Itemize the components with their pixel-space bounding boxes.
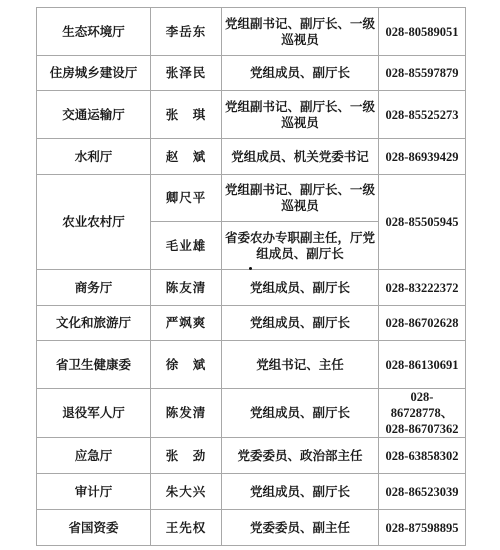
phone-cell: 028-86702628 — [379, 306, 466, 341]
position-cell: 党组成员、副厅长 — [222, 389, 379, 438]
table-row: 住房城乡建设厅 张泽民 党组成员、副厅长 028-85597879 — [37, 56, 466, 91]
phone-cell: 028-85505945 — [379, 175, 466, 270]
table-row: 应急厅 张 劲 党委委员、政治部主任 028-63858302 — [37, 438, 466, 474]
dept-cell: 交通运输厅 — [37, 91, 151, 139]
position-cell: 党组成员、副厅长 — [222, 56, 379, 91]
table-row: 退役军人厅 陈发清 党组成员、副厅长 028-86728778、028-8670… — [37, 389, 466, 438]
name-cell: 徐 斌 — [151, 341, 222, 389]
phone-cell: 028-87598895 — [379, 510, 466, 546]
phone-cell: 028-86523039 — [379, 474, 466, 510]
phone-cell: 028-86728778、028-86707362 — [379, 389, 466, 438]
table-row: 交通运输厅 张 琪 党组副书记、副厅长、一级巡视员 028-85525273 — [37, 91, 466, 139]
position-cell: 党组副书记、副厅长、一级巡视员 — [222, 8, 379, 56]
table-row: 商务厅 陈友清 党组成员、副厅长 028-83222372 — [37, 270, 466, 306]
position-cell: 党委委员、政治部主任 — [222, 438, 379, 474]
position-cell: 党组成员、副厅长 — [222, 474, 379, 510]
name-cell: 赵 斌 — [151, 139, 222, 175]
table-row: 省卫生健康委 徐 斌 党组书记、主任 028-86130691 — [37, 341, 466, 389]
dept-cell: 审计厅 — [37, 474, 151, 510]
contact-table: 生态环境厅 李岳东 党组副书记、副厅长、一级巡视员 028-80589051 住… — [36, 7, 466, 546]
name-cell: 毛业雄 — [151, 222, 222, 270]
dept-cell: 住房城乡建设厅 — [37, 56, 151, 91]
phone-cell: 028-86130691 — [379, 341, 466, 389]
name-cell: 陈发清 — [151, 389, 222, 438]
phone-cell: 028-85597879 — [379, 56, 466, 91]
name-cell: 朱大兴 — [151, 474, 222, 510]
name-cell: 张 琪 — [151, 91, 222, 139]
name-cell: 卿尺平 — [151, 175, 222, 222]
dept-cell: 应急厅 — [37, 438, 151, 474]
phone-cell: 028-83222372 — [379, 270, 466, 306]
table-row: 农业农村厅 卿尺平 党组副书记、副厅长、一级巡视员 028-85505945 — [37, 175, 466, 222]
phone-cell: 028-86939429 — [379, 139, 466, 175]
dept-cell: 省卫生健康委 — [37, 341, 151, 389]
dept-cell: 水利厅 — [37, 139, 151, 175]
table-row: 文化和旅游厅 严飒爽 党组成员、副厅长 028-86702628 — [37, 306, 466, 341]
name-cell: 王先权 — [151, 510, 222, 546]
table-row: 审计厅 朱大兴 党组成员、副厅长 028-86523039 — [37, 474, 466, 510]
position-cell: 党组书记、主任 — [222, 341, 379, 389]
name-cell: 张 劲 — [151, 438, 222, 474]
dept-cell: 农业农村厅 — [37, 175, 151, 270]
position-cell: 党组副书记、副厅长、一级巡视员 — [222, 91, 379, 139]
position-cell: 党组成员、副厅长 — [222, 306, 379, 341]
table-row: 省国资委 王先权 党委委员、副主任 028-87598895 — [37, 510, 466, 546]
name-cell: 张泽民 — [151, 56, 222, 91]
phone-cell: 028-80589051 — [379, 8, 466, 56]
dept-cell: 生态环境厅 — [37, 8, 151, 56]
stray-dot-mark — [249, 267, 252, 270]
name-cell: 李岳东 — [151, 8, 222, 56]
phone-cell: 028-63858302 — [379, 438, 466, 474]
position-cell: 省委农办专职副主任，厅党组成员、副厅长 — [222, 222, 379, 270]
position-cell: 党组成员、副厅长 — [222, 270, 379, 306]
phone-cell: 028-85525273 — [379, 91, 466, 139]
position-cell: 党组成员、机关党委书记 — [222, 139, 379, 175]
dept-cell: 文化和旅游厅 — [37, 306, 151, 341]
position-cell: 党组副书记、副厅长、一级巡视员 — [222, 175, 379, 222]
table-row: 生态环境厅 李岳东 党组副书记、副厅长、一级巡视员 028-80589051 — [37, 8, 466, 56]
dept-cell: 商务厅 — [37, 270, 151, 306]
table-row: 水利厅 赵 斌 党组成员、机关党委书记 028-86939429 — [37, 139, 466, 175]
dept-cell: 退役军人厅 — [37, 389, 151, 438]
name-cell: 陈友清 — [151, 270, 222, 306]
position-cell: 党委委员、副主任 — [222, 510, 379, 546]
name-cell: 严飒爽 — [151, 306, 222, 341]
dept-cell: 省国资委 — [37, 510, 151, 546]
